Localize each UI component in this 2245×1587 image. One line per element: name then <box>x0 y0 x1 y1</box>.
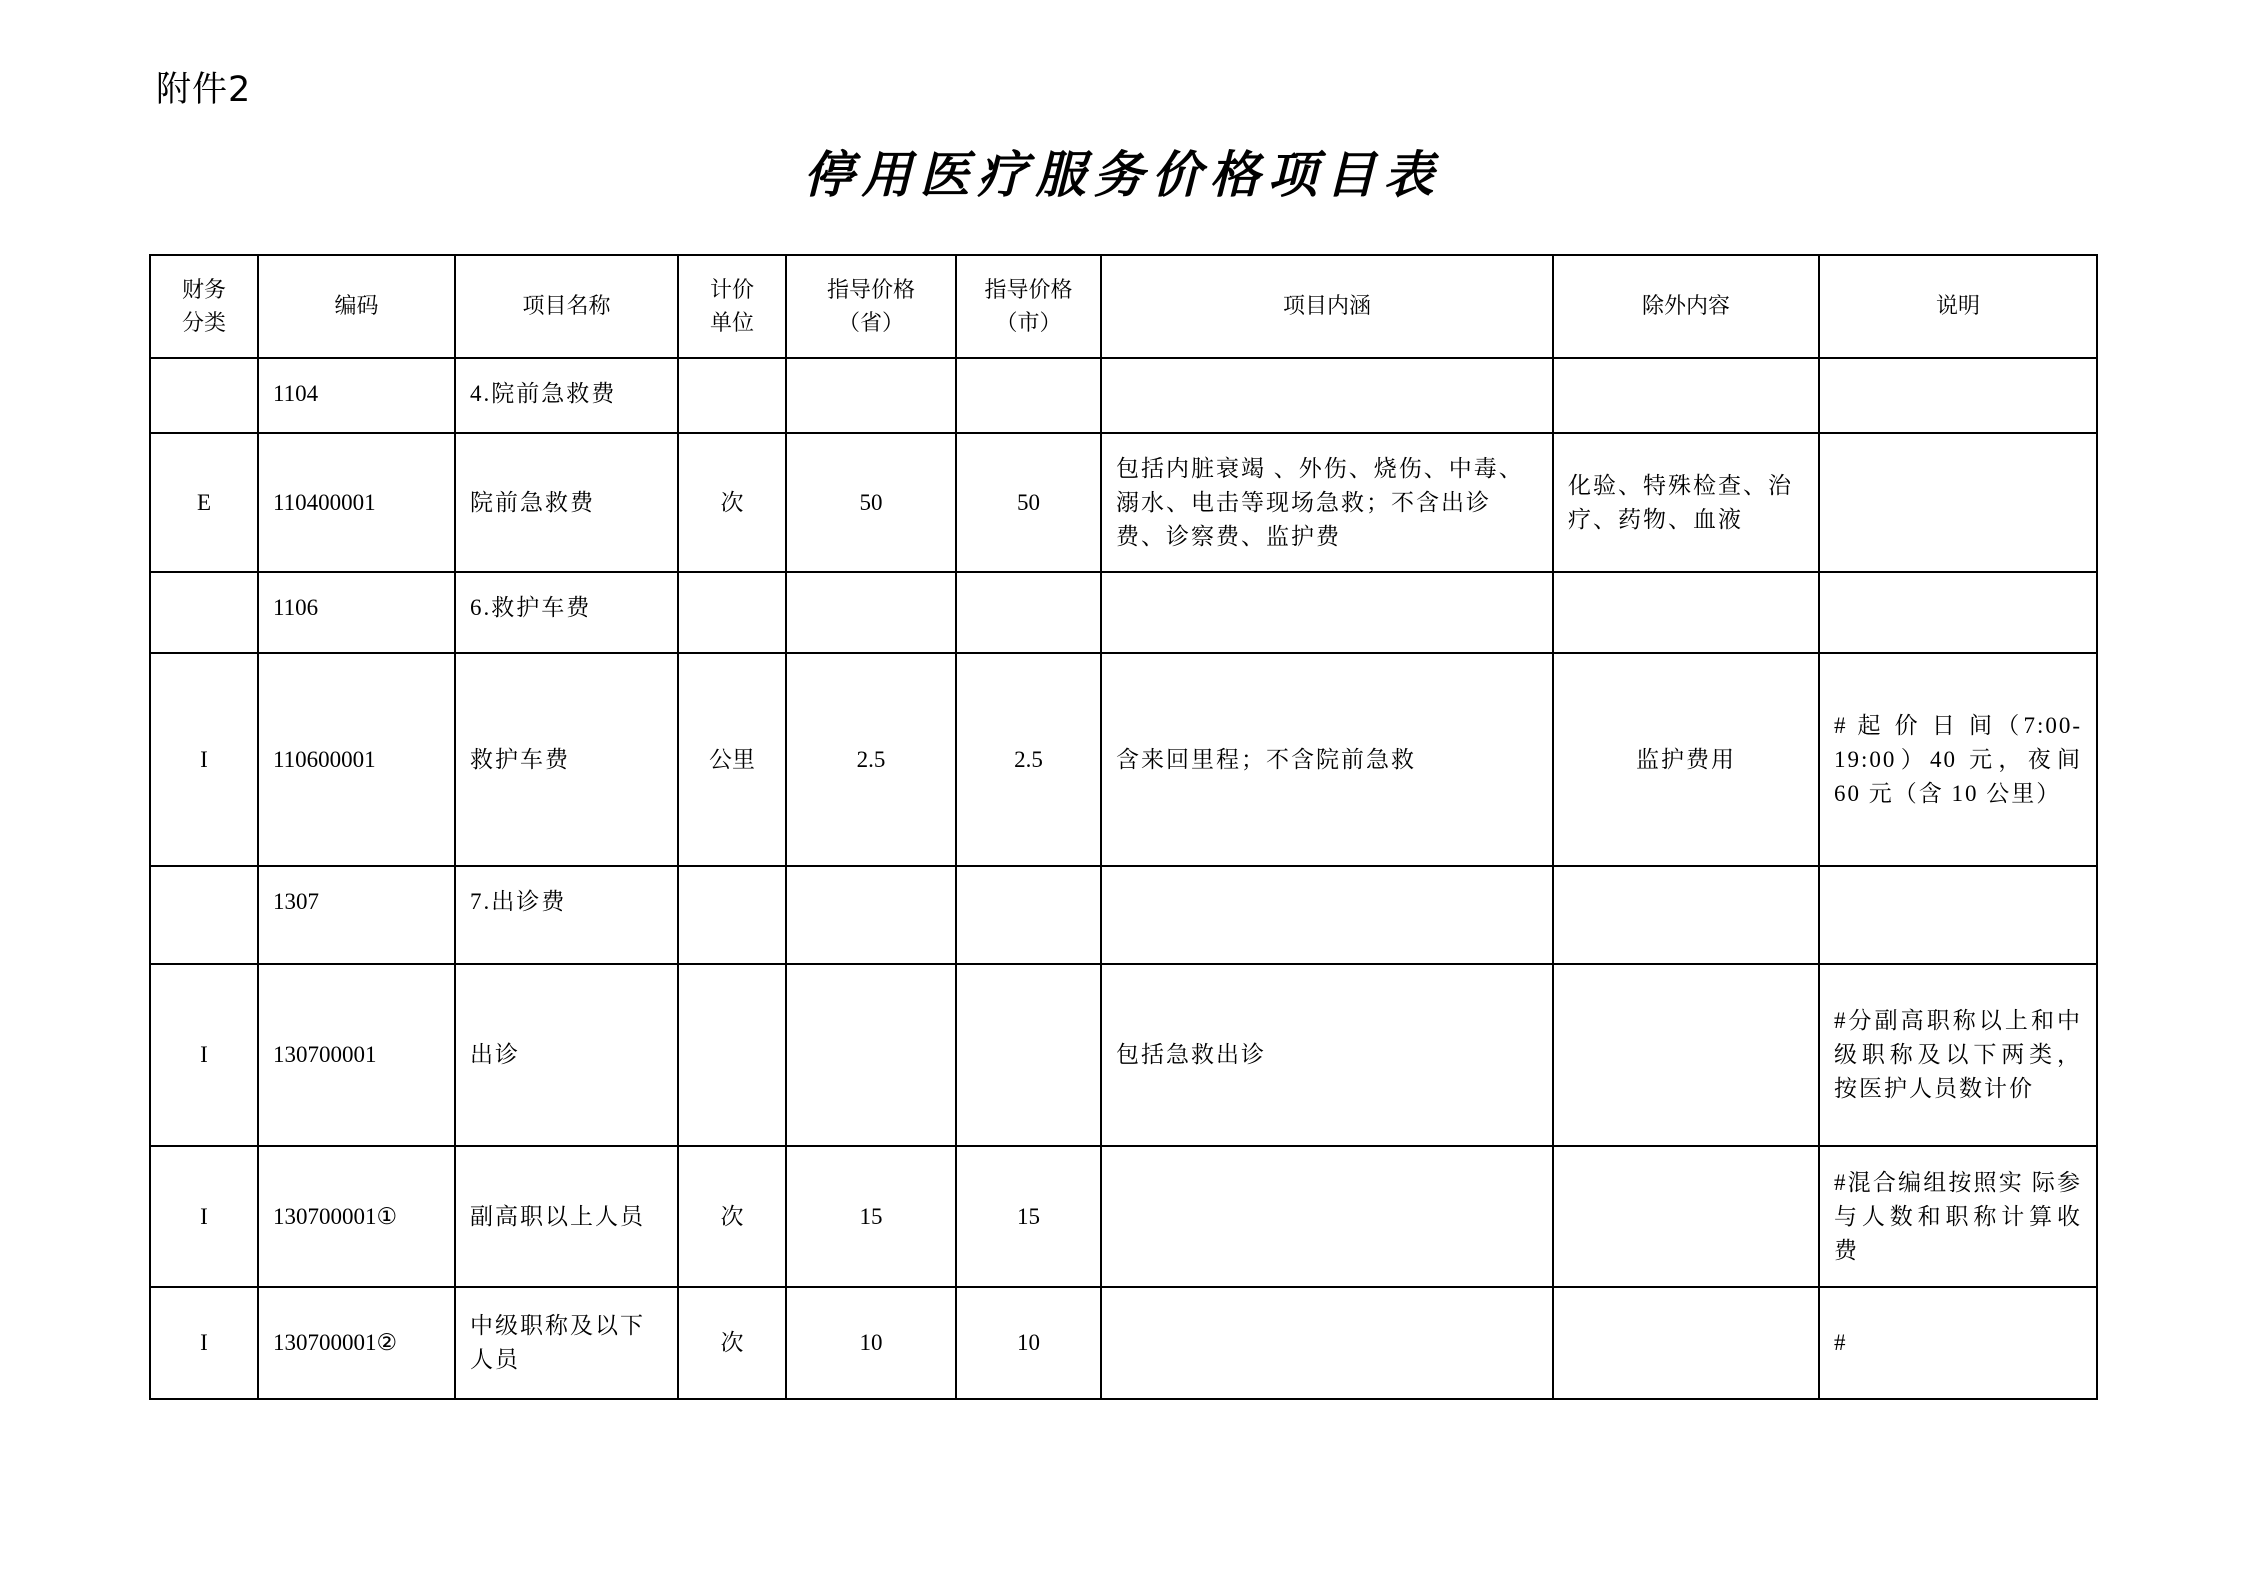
header-name: 项目名称 <box>455 255 678 358</box>
cell-code: 130700001② <box>258 1287 455 1399</box>
cell-excluded <box>1553 572 1819 653</box>
cell-category <box>150 358 258 433</box>
cell-code: 1106 <box>258 572 455 653</box>
cell-name: 7.出诊费 <box>455 866 678 964</box>
cell-name: 6.救护车费 <box>455 572 678 653</box>
cell-price-province <box>786 964 956 1146</box>
cell-excluded <box>1553 1146 1819 1287</box>
cell-name: 副高职以上人员 <box>455 1146 678 1287</box>
cell-category: I <box>150 653 258 866</box>
cell-code: 130700001 <box>258 964 455 1146</box>
cell-unit <box>678 866 786 964</box>
cell-price-city: 10 <box>956 1287 1101 1399</box>
cell-name: 中级职称及以下人员 <box>455 1287 678 1399</box>
header-excluded: 除外内容 <box>1553 255 1819 358</box>
cell-code: 110600001 <box>258 653 455 866</box>
table-row-section: 1307 7.出诊费 <box>150 866 2097 964</box>
cell-excluded: 监护费用 <box>1553 653 1819 866</box>
cell-category: E <box>150 433 258 572</box>
cell-category: I <box>150 1287 258 1399</box>
cell-notes <box>1819 866 2097 964</box>
cell-price-city <box>956 964 1101 1146</box>
cell-excluded <box>1553 964 1819 1146</box>
cell-price-province: 15 <box>786 1146 956 1287</box>
cell-name: 4.院前急救费 <box>455 358 678 433</box>
table-row: E 110400001 院前急救费 次 50 50 包括内脏衰竭 、外伤、烧伤、… <box>150 433 2097 572</box>
cell-category: I <box>150 1146 258 1287</box>
cell-code: 110400001 <box>258 433 455 572</box>
header-code: 编码 <box>258 255 455 358</box>
cell-content <box>1101 358 1553 433</box>
cell-code: 130700001① <box>258 1146 455 1287</box>
table-row: I 110600001 救护车费 公里 2.5 2.5 含来回里程；不含院前急救… <box>150 653 2097 866</box>
cell-notes <box>1819 358 2097 433</box>
cell-price-city <box>956 572 1101 653</box>
cell-code: 1307 <box>258 866 455 964</box>
cell-unit: 公里 <box>678 653 786 866</box>
header-row: 财务 分类 编码 项目名称 计价 单位 指导价格 （省） 指导价格 （市） 项目… <box>150 255 2097 358</box>
cell-excluded: 化验、特殊检查、治疗、药物、血液 <box>1553 433 1819 572</box>
header-content: 项目内涵 <box>1101 255 1553 358</box>
table-row: I 130700001① 副高职以上人员 次 15 15 #混合编组按照实 际参… <box>150 1146 2097 1287</box>
cell-notes: # <box>1819 1287 2097 1399</box>
cell-unit: 次 <box>678 433 786 572</box>
header-category: 财务 分类 <box>150 255 258 358</box>
cell-price-province <box>786 572 956 653</box>
cell-price-city: 15 <box>956 1146 1101 1287</box>
cell-notes: #混合编组按照实 际参与人数和职称计算收费 <box>1819 1146 2097 1287</box>
cell-content <box>1101 1287 1553 1399</box>
table-row: I 130700001 出诊 包括急救出诊 #分副高职称以上和中级职称及以下两类… <box>150 964 2097 1146</box>
header-price-city: 指导价格 （市） <box>956 255 1101 358</box>
cell-name: 院前急救费 <box>455 433 678 572</box>
cell-notes: # 起 价 日 间（7:00-19:00）40 元，夜间 60 元（含 10 公… <box>1819 653 2097 866</box>
cell-unit: 次 <box>678 1146 786 1287</box>
cell-name: 出诊 <box>455 964 678 1146</box>
document-title: 停用医疗服务价格项目表 <box>0 140 2245 210</box>
cell-price-city: 2.5 <box>956 653 1101 866</box>
cell-excluded <box>1553 1287 1819 1399</box>
cell-name: 救护车费 <box>455 653 678 866</box>
cell-price-city <box>956 866 1101 964</box>
cell-notes <box>1819 572 2097 653</box>
cell-unit <box>678 964 786 1146</box>
cell-excluded <box>1553 358 1819 433</box>
cell-price-province: 2.5 <box>786 653 956 866</box>
cell-category: I <box>150 964 258 1146</box>
cell-price-province <box>786 358 956 433</box>
cell-content: 包括内脏衰竭 、外伤、烧伤、中毒、溺水、电击等现场急救；不含出诊费、诊察费、监护… <box>1101 433 1553 572</box>
cell-unit <box>678 572 786 653</box>
cell-content <box>1101 572 1553 653</box>
header-notes: 说明 <box>1819 255 2097 358</box>
cell-price-city: 50 <box>956 433 1101 572</box>
table-row-section: 1106 6.救护车费 <box>150 572 2097 653</box>
cell-price-province <box>786 866 956 964</box>
cell-unit: 次 <box>678 1287 786 1399</box>
cell-content: 包括急救出诊 <box>1101 964 1553 1146</box>
cell-category <box>150 866 258 964</box>
cell-category <box>150 572 258 653</box>
table-row: I 130700001② 中级职称及以下人员 次 10 10 # <box>150 1287 2097 1399</box>
price-items-table: 财务 分类 编码 项目名称 计价 单位 指导价格 （省） 指导价格 （市） 项目… <box>149 254 2098 1400</box>
cell-notes <box>1819 433 2097 572</box>
attachment-label: 附件2 <box>156 68 251 112</box>
cell-code: 1104 <box>258 358 455 433</box>
header-price-province: 指导价格 （省） <box>786 255 956 358</box>
cell-content: 含来回里程；不含院前急救 <box>1101 653 1553 866</box>
cell-unit <box>678 358 786 433</box>
cell-price-province: 50 <box>786 433 956 572</box>
cell-notes: #分副高职称以上和中级职称及以下两类，按医护人员数计价 <box>1819 964 2097 1146</box>
header-unit: 计价 单位 <box>678 255 786 358</box>
cell-excluded <box>1553 866 1819 964</box>
cell-price-province: 10 <box>786 1287 956 1399</box>
cell-content <box>1101 866 1553 964</box>
cell-price-city <box>956 358 1101 433</box>
cell-content <box>1101 1146 1553 1287</box>
table-row-section: 1104 4.院前急救费 <box>150 358 2097 433</box>
